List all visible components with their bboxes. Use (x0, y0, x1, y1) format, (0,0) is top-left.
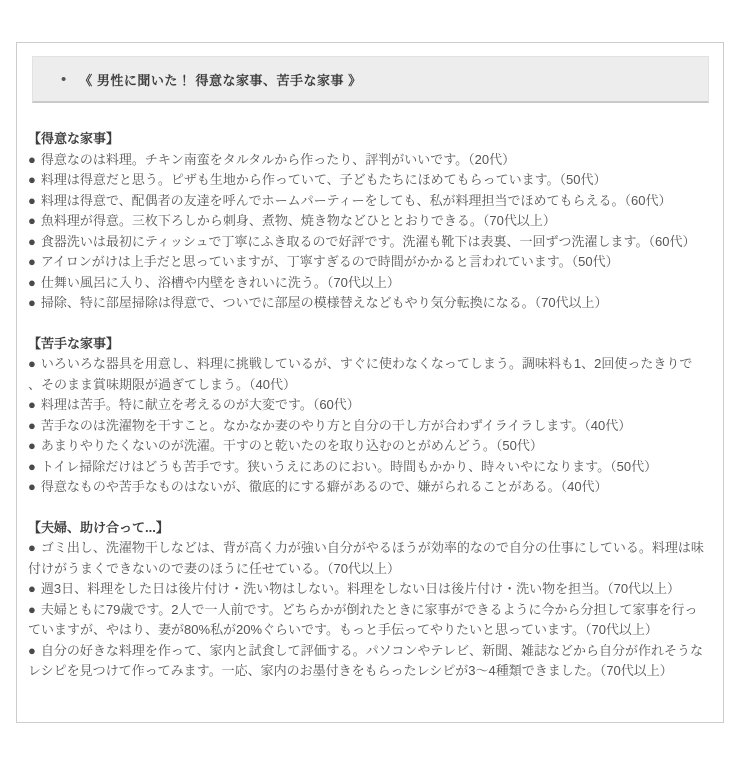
comment-list: ●ゴミ出し、洗濯物干しなどは、背が高く力が強い自分がやるほうが効率的なので自分の… (28, 538, 704, 682)
bullet-icon: ● (28, 438, 36, 453)
bullet-icon: ● (28, 459, 36, 474)
list-item: ●夫婦ともに79歳です。2人で一人前です。どちらかが倒れたときに家事ができるよう… (28, 600, 704, 641)
section-heading: 【夫婦、助け合って...】 (28, 518, 704, 539)
bullet-icon: ● (28, 479, 36, 494)
list-item: ●仕舞い風呂に入り、浴槽や内壁をきれいに洗う。（70代以上） (28, 273, 704, 294)
list-item-text: 料理は得意だと思う。ピザも生地から作っていて、子どもたちにほめてもらっています。… (41, 172, 607, 187)
bullet-icon: ● (28, 356, 36, 371)
list-item-text: いろいろな器具を用意し、料理に挑戦しているが、すぐに使わなくなってしまう。調味料… (28, 356, 692, 392)
list-item: ●トイレ掃除だけはどうも苦手です。狭いうえにあのにおい。時間もかかり、時々いやに… (28, 457, 704, 478)
section-heading: 【苦手な家事】 (28, 334, 704, 355)
bullet-icon: ● (28, 397, 36, 412)
bullet-icon: ● (28, 234, 36, 249)
list-item-text: 週3日、料理をした日は後片付け・洗い物はしない。料理をしない日は後片付け・洗い物… (41, 581, 680, 596)
bullet-icon: ● (28, 643, 36, 658)
section-heading: 【得意な家事】 (28, 129, 704, 150)
bullet-icon: ● (28, 295, 36, 310)
list-item: ●料理は得意だと思う。ピザも生地から作っていて、子どもたちにほめてもらっています… (28, 170, 704, 191)
list-item: ●自分の好きな料理を作って、家内と試食して評価する。パソコンやテレビ、新聞、雑誌… (28, 641, 704, 682)
list-item: ●あまりやりたくないのが洗濯。干すのと乾いたのを取り込むのとがめんどう。（50代… (28, 436, 704, 457)
comment-list: ●いろいろな器具を用意し、料理に挑戦しているが、すぐに使わなくなってしまう。調味… (28, 354, 704, 498)
list-item: ●得意なものや苦手なものはないが、徹底的にする癖があるので、嫌がられることがある… (28, 477, 704, 498)
list-item: ●魚料理が得意。三枚下ろしから刺身、煮物、焼き物などひととおりできる。（70代以… (28, 211, 704, 232)
bullet-icon: ● (28, 540, 36, 555)
section-good-at-chores: 【得意な家事】 ●得意なのは料理。チキン南蛮をタルタルから作ったり、評判がいいで… (28, 129, 704, 314)
section-couple-helping: 【夫婦、助け合って...】 ●ゴミ出し、洗濯物干しなどは、背が高く力が強い自分が… (28, 518, 704, 682)
page: { "bullet": "●", "header": { "marker": "… (0, 0, 740, 760)
list-item-text: 得意なのは料理。チキン南蛮をタルタルから作ったり、評判がいいです。（20代） (41, 152, 515, 167)
list-item-text: 魚料理が得意。三枚下ろしから刺身、煮物、焼き物などひととおりできる。（70代以上… (41, 213, 556, 228)
list-item-text: 得意なものや苦手なものはないが、徹底的にする癖があるので、嫌がられることがある。… (41, 479, 608, 494)
content-panel: • 《 男性に聞いた！ 得意な家事、苦手な家事 》 【得意な家事】 ●得意なのは… (16, 42, 724, 723)
list-item-text: 料理は得意で、配偶者の友達を呼んでホームパーティーをしても、私が料理担当でほめて… (41, 193, 672, 208)
section-bad-at-chores: 【苦手な家事】 ●いろいろな器具を用意し、料理に挑戦しているが、すぐに使わなくな… (28, 334, 704, 498)
comment-list: ●得意なのは料理。チキン南蛮をタルタルから作ったり、評判がいいです。（20代） … (28, 150, 704, 314)
list-item: ●週3日、料理をした日は後片付け・洗い物はしない。料理をしない日は後片付け・洗い… (28, 579, 704, 600)
list-item-text: 自分の好きな料理を作って、家内と試食して評価する。パソコンやテレビ、新聞、雑誌な… (28, 643, 703, 679)
bullet-icon: ● (28, 152, 36, 167)
list-item-text: 苦手なのは洗濯物を干すこと。なかなか妻のやり方と自分の干し方が合わずイライラしま… (41, 418, 631, 433)
list-item: ●食器洗いは最初にティッシュで丁寧にふき取るので好評です。洗濯も靴下は表裏、一回… (28, 232, 704, 253)
bullet-icon: ● (28, 213, 36, 228)
list-item-text: トイレ掃除だけはどうも苦手です。狭いうえにあのにおい。時間もかかり、時々いやにな… (41, 459, 657, 474)
page-title: 《 男性に聞いた！ 得意な家事、苦手な家事 》 (79, 70, 361, 89)
survey-content: 【得意な家事】 ●得意なのは料理。チキン南蛮をタルタルから作ったり、評判がいいで… (17, 103, 723, 682)
bullet-icon: ● (28, 581, 36, 596)
list-item-text: アイロンがけは上手だと思っていますが、丁寧すぎるので時間がかかると言われています… (41, 254, 619, 269)
list-item-text: 料理は苦手。特に献立を考えるのが大変です。（60代） (41, 397, 360, 412)
list-item: ●料理は苦手。特に献立を考えるのが大変です。（60代） (28, 395, 704, 416)
list-item-text: 仕舞い風呂に入り、浴槽や内壁をきれいに洗う。（70代以上） (41, 275, 400, 290)
list-item: ●アイロンがけは上手だと思っていますが、丁寧すぎるので時間がかかると言われていま… (28, 252, 704, 273)
bullet-icon: ● (28, 602, 36, 617)
list-item-text: あまりやりたくないのが洗濯。干すのと乾いたのを取り込むのとがめんどう。（50代） (41, 438, 543, 453)
list-item: ●ゴミ出し、洗濯物干しなどは、背が高く力が強い自分がやるほうが効率的なので自分の… (28, 538, 704, 579)
list-bullet-icon: • (61, 72, 66, 87)
header-bar: • 《 男性に聞いた！ 得意な家事、苦手な家事 》 (32, 56, 709, 103)
list-item: ●いろいろな器具を用意し、料理に挑戦しているが、すぐに使わなくなってしまう。調味… (28, 354, 704, 395)
list-item: ●掃除、特に部屋掃除は得意で、ついでに部屋の模様替えなどもやり気分転換になる。（… (28, 293, 704, 314)
bullet-icon: ● (28, 193, 36, 208)
list-item-text: 掃除、特に部屋掃除は得意で、ついでに部屋の模様替えなどもやり気分転換になる。（7… (41, 295, 608, 310)
list-item: ●料理は得意で、配偶者の友達を呼んでホームパーティーをしても、私が料理担当でほめ… (28, 191, 704, 212)
bullet-icon: ● (28, 172, 36, 187)
bullet-icon: ● (28, 418, 36, 433)
list-item: ●苦手なのは洗濯物を干すこと。なかなか妻のやり方と自分の干し方が合わずイライラし… (28, 416, 704, 437)
bullet-icon: ● (28, 275, 36, 290)
list-item-text: ゴミ出し、洗濯物干しなどは、背が高く力が強い自分がやるほうが効率的なので自分の仕… (28, 540, 704, 576)
list-item-text: 夫婦ともに79歳です。2人で一人前です。どちらかが倒れたときに家事ができるように… (28, 602, 697, 638)
bullet-icon: ● (28, 254, 36, 269)
list-item-text: 食器洗いは最初にティッシュで丁寧にふき取るので好評です。洗濯も靴下は表裏、一回ず… (41, 234, 696, 249)
list-item: ●得意なのは料理。チキン南蛮をタルタルから作ったり、評判がいいです。（20代） (28, 150, 704, 171)
